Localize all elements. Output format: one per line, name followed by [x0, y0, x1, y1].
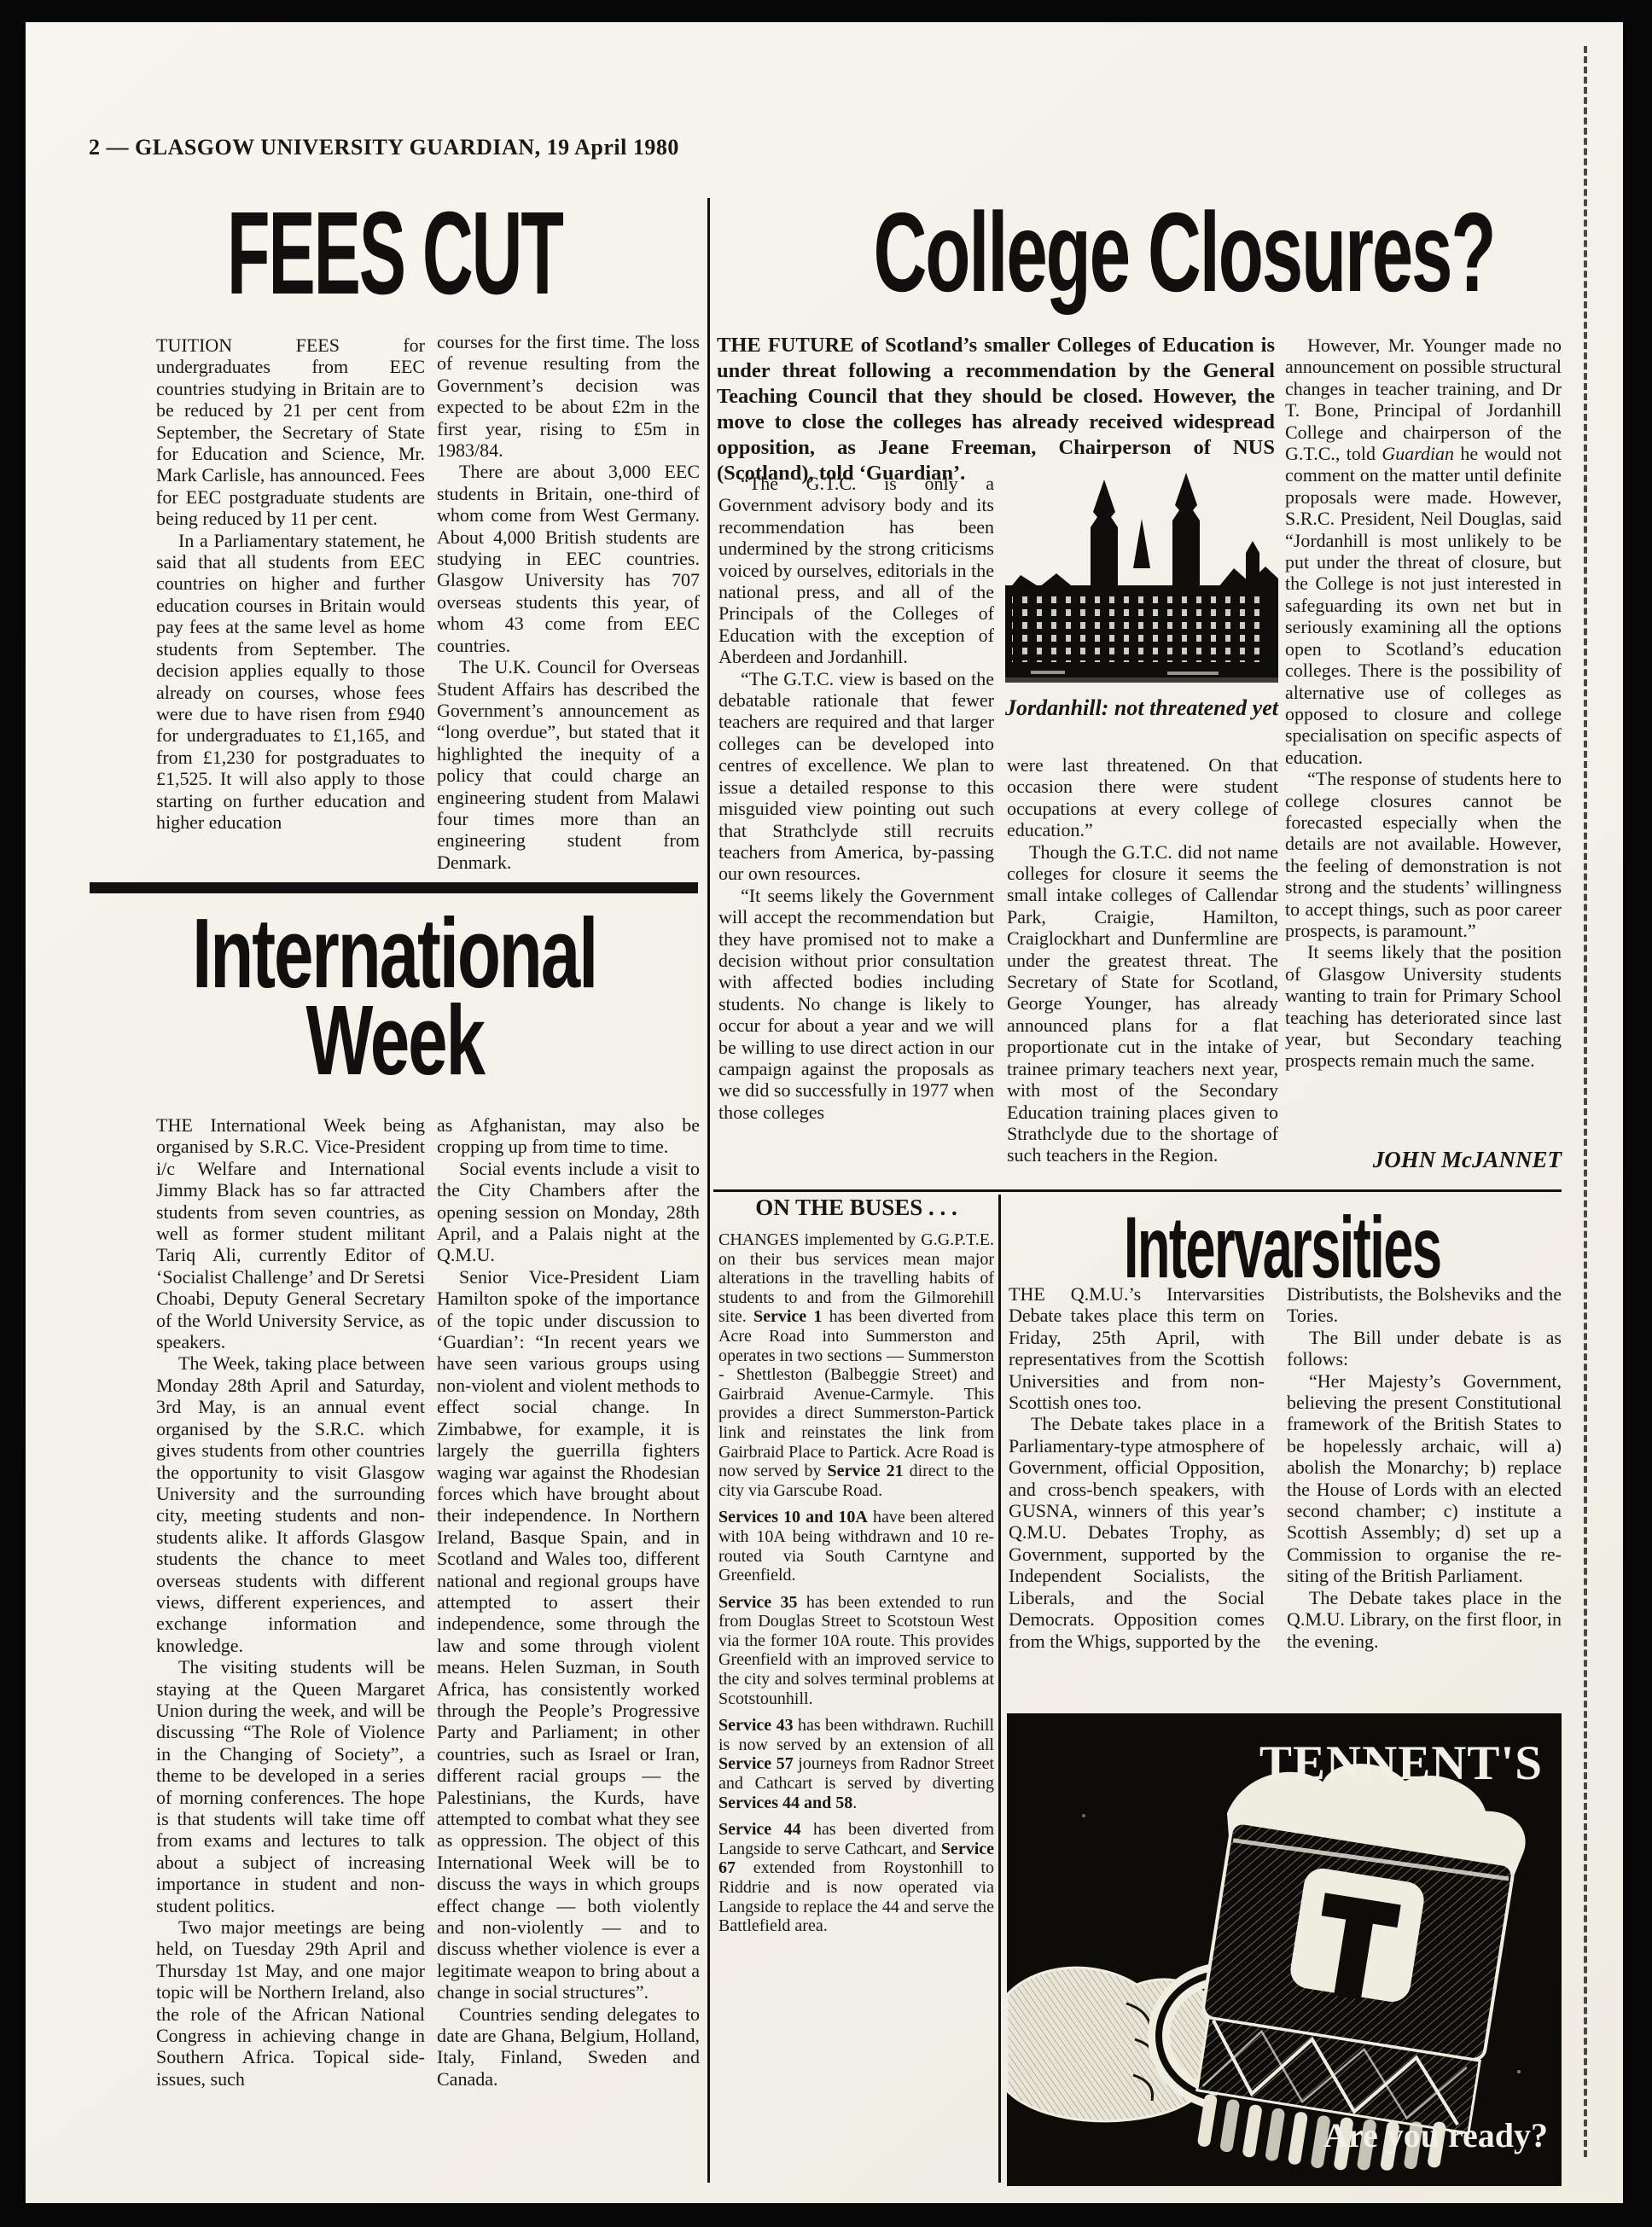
article-byline: JOHN McJANNET — [1285, 1147, 1562, 1173]
international-week-headline-line2: Week — [90, 983, 700, 1097]
page-header: 2 — GLASGOW UNIVERSITY GUARDIAN, 19 Apri… — [89, 135, 679, 160]
building-silhouette-illustration — [1005, 466, 1278, 691]
fees-cut-column-1: TUITION FEES for undergraduates from EEC… — [156, 334, 425, 886]
on-the-buses-header: ON THE BUSES . . . — [718, 1195, 994, 1221]
college-closures-column-3: However, Mr. Younger made no announcemen… — [1285, 334, 1562, 1145]
section-divider-thick — [90, 882, 698, 893]
international-week-column-2: as Afghanistan, may also be cropping up … — [437, 1114, 700, 2184]
column-divider-left — [707, 198, 710, 2183]
tennents-brand-wordmark: TENNENT'S — [1259, 1736, 1543, 1791]
column-divider-right — [998, 1195, 1001, 2183]
ad-tagline: Are you ready? — [1323, 2115, 1548, 2155]
jordanhill-photo — [1005, 466, 1278, 691]
newspaper-scan: { "page": { "header": "2 — GLASGOW UNIVE… — [0, 0, 1652, 2227]
photo-caption: Jordanhill: not threatened yet — [1005, 695, 1278, 721]
fees-cut-headline: FEES CUT — [90, 186, 700, 322]
college-closures-headline: College Closures? — [713, 188, 1562, 317]
intervarsities-column-2: Distributists, the Bolsheviks and the To… — [1287, 1283, 1562, 1710]
international-week-column-1: THE International Week being organised b… — [156, 1114, 425, 2184]
tennents-advert: TENNENT'S Are you ready? — [1007, 1713, 1562, 2186]
intervarsities-column-1: THE Q.M.U.’s Intervarsities Debate takes… — [1009, 1283, 1265, 1710]
horizontal-rule — [713, 1189, 1562, 1192]
college-closures-column-2: were last threatened. On that occasion t… — [1007, 754, 1278, 1188]
college-closures-lede: THE FUTURE of Scotland’s smaller College… — [717, 333, 1275, 486]
college-closures-column-1: “The G.T.C. is only a Government advisor… — [718, 473, 994, 1188]
page-fold-marks — [1584, 46, 1587, 2157]
fees-cut-column-2: courses for the first time. The loss of … — [437, 331, 700, 886]
on-the-buses-column: CHANGES implemented by G.G.P.T.E. on the… — [718, 1230, 994, 2186]
